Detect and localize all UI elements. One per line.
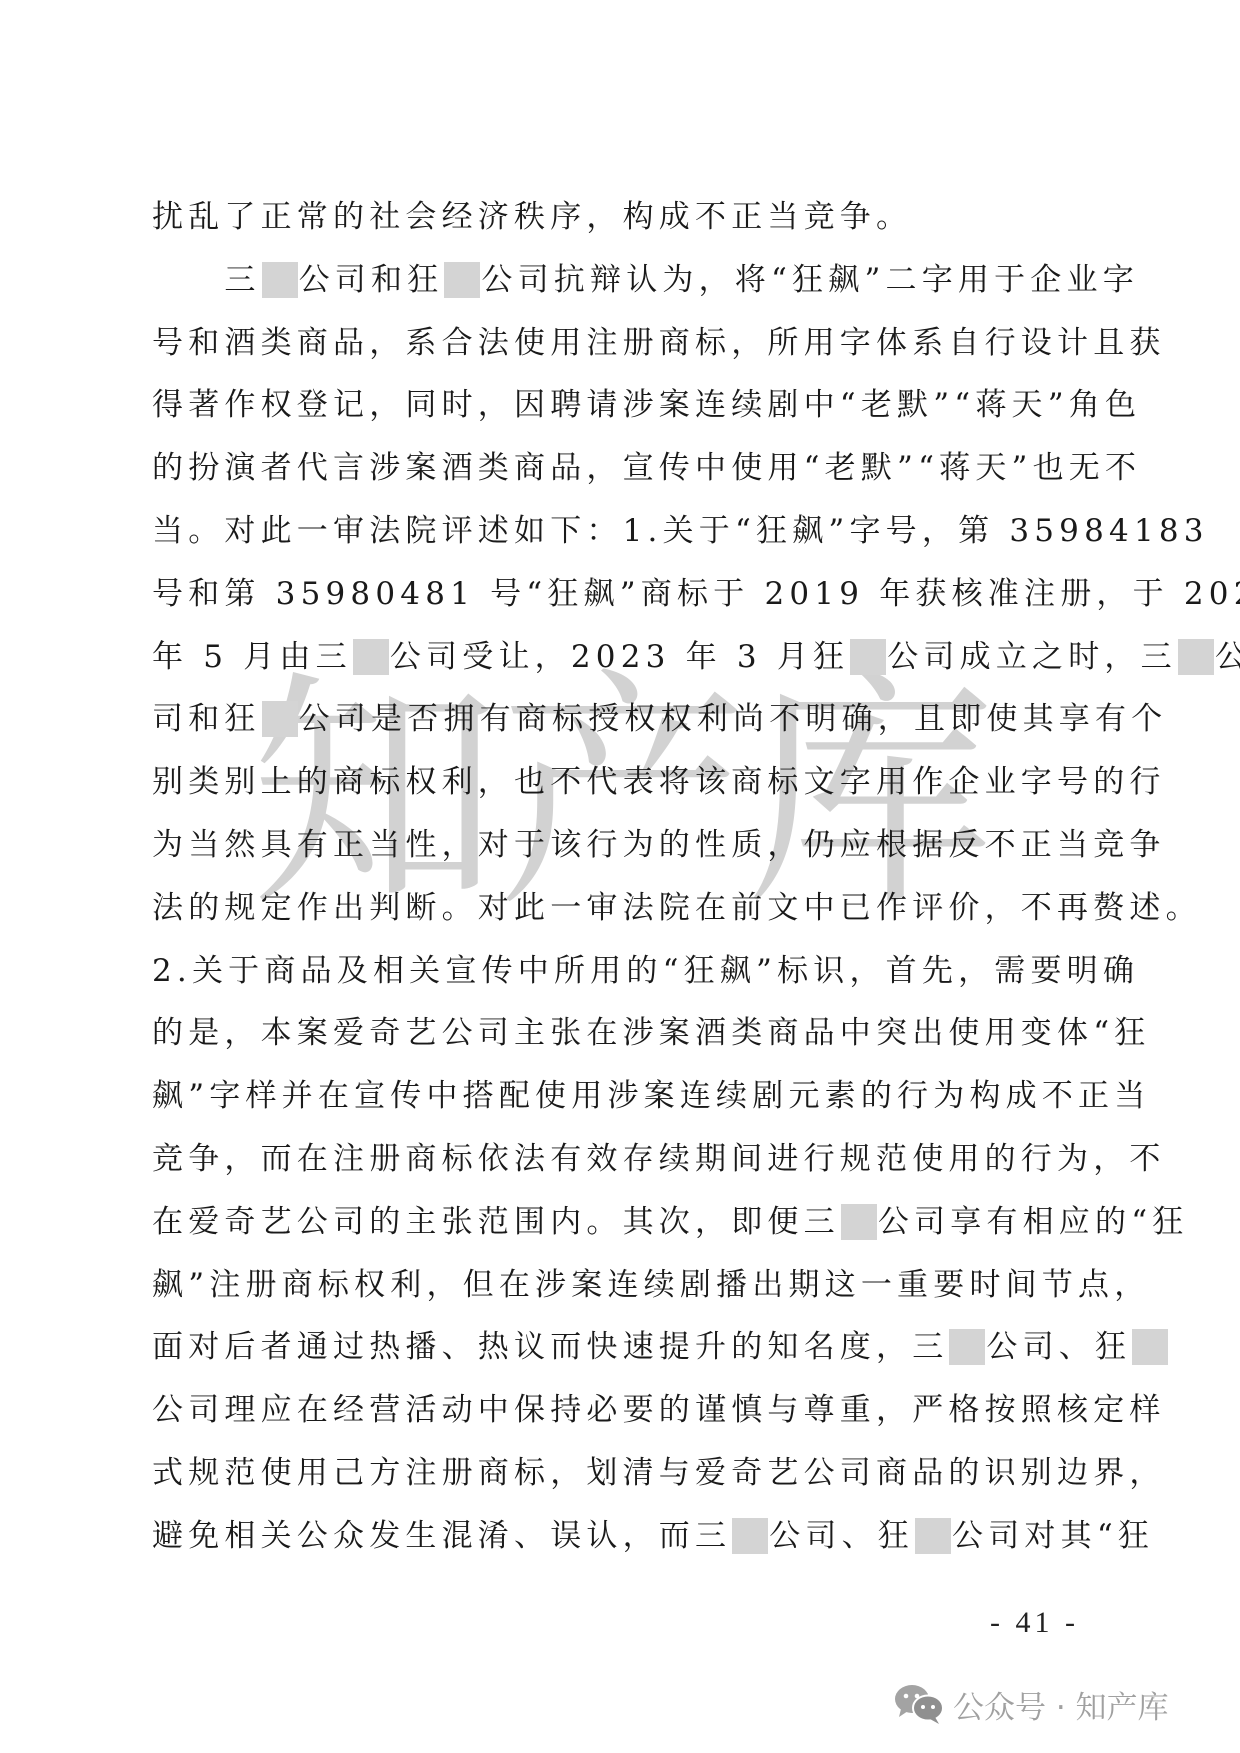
redaction-block [915,1518,951,1554]
text-line: 得著作权登记，同时，因聘请涉案连续剧中“老默”“蒋天”角色 [152,385,1141,425]
text-line: 当。对此一审法院评述如下：1.关于“狂飙”字号，第 35984183 [152,511,1209,551]
wechat-icon [893,1682,945,1726]
text-line: 式规范使用己方注册商标，划清与爱奇艺公司商品的识别边界， [152,1453,1166,1493]
text-segment: 公司是否拥有商标授权权利尚不明确，且即使其享有个 [299,699,1168,739]
text-segment: 公司成立之时，三 [887,637,1177,677]
redaction-block [850,639,886,675]
text-segment: 得著作权登记，同时，因聘请涉案连续剧中“老默”“蒋天”角色 [152,385,1141,425]
text-line: 号和酒类商品，系合法使用注册商标，所用字体系自行设计且获 [152,323,1166,363]
redaction-block [732,1518,768,1554]
text-line: 的是，本案爱奇艺公司主张在涉案酒类商品中突出使用变体“狂 [152,1013,1150,1053]
text-segment: 在爱奇艺公司的主张范围内。其次，即便三 [152,1202,840,1242]
text-line: 别类别上的商标权利，也不代表将该商标文字用作企业字号的行 [152,762,1166,802]
text-segment: 公司和狂 [299,260,444,300]
text-line: 号和第 35980481 号“狂飙”商标于 2019 年获核准注册，于 2023 [152,574,1240,614]
text-line: 面对后者通过热播、热议而快速提升的知名度，三公司、狂 [152,1327,1169,1367]
text-segment: 号和第 35980481 号“狂飙”商标于 2019 年获核准注册，于 2023 [152,574,1240,614]
redaction-block [1132,1329,1168,1365]
text-line: 飙”注册商标权利，但在涉案连续剧播出期这一重要时间节点， [152,1265,1150,1305]
redaction-block [262,701,298,737]
text-segment: 公司受让，2023 年 3 月狂 [390,637,849,677]
text-segment: 的是，本案爱奇艺公司主张在涉案酒类商品中突出使用变体“狂 [152,1013,1150,1053]
text-segment: 面对后者通过热播、热议而快速提升的知名度，三 [152,1327,948,1367]
text-segment: 飙”字样并在宣传中搭配使用涉案连续剧元素的行为构成不正当 [152,1076,1150,1116]
text-segment: 公 [1215,637,1240,677]
text-line: 公司理应在经营活动中保持必要的谨慎与尊重，严格按照核定样 [152,1390,1166,1430]
text-segment: 公司抗辩认为，将“狂飙”二字用于企业字 [481,260,1139,300]
text-segment: 飙”注册商标权利，但在涉案连续剧播出期这一重要时间节点， [152,1265,1150,1305]
redaction-block [262,262,298,298]
document-page: 知 产 库 扰乱了正常的社会经济秩序，构成不正当竞争。三公司和狂公司抗辩认为，将… [0,0,1240,1753]
text-line: 在爱奇艺公司的主张范围内。其次，即便三公司享有相应的“狂 [152,1202,1188,1242]
text-line: 2.关于商品及相关宣传中所用的“狂飙”标识，首先，需要明确 [152,951,1139,991]
text-line: 三公司和狂公司抗辩认为，将“狂飙”二字用于企业字 [224,260,1139,300]
redaction-block [841,1204,877,1240]
text-line: 竞争，而在注册商标依法有效存续期间进行规范使用的行为，不 [152,1139,1166,1179]
text-line: 飙”字样并在宣传中搭配使用涉案连续剧元素的行为构成不正当 [152,1076,1150,1116]
text-segment: 号和酒类商品，系合法使用注册商标，所用字体系自行设计且获 [152,323,1166,363]
text-segment: 2.关于商品及相关宣传中所用的“狂飙”标识，首先，需要明确 [152,951,1139,991]
text-line: 司和狂公司是否拥有商标授权权利尚不明确，且即使其享有个 [152,699,1167,739]
text-segment: 竞争，而在注册商标依法有效存续期间进行规范使用的行为，不 [152,1139,1166,1179]
wechat-account-label: 公众号 · 知产库 [893,1682,1169,1726]
text-segment: 为当然具有正当性，对于该行为的性质，仍应根据反不正当竞争 [152,825,1166,865]
text-line: 避免相关公众发生混淆、误认，而三公司、狂公司对其“狂 [152,1516,1154,1556]
text-line: 为当然具有正当性，对于该行为的性质，仍应根据反不正当竞争 [152,825,1166,865]
text-segment: 三 [224,260,260,300]
page-number: - 41 - [990,1606,1079,1640]
text-segment: 公司享有相应的“狂 [878,1202,1189,1242]
text-segment: 避免相关公众发生混淆、误认，而三 [152,1516,731,1556]
text-segment: 别类别上的商标权利，也不代表将该商标文字用作企业字号的行 [152,762,1166,802]
text-segment: 的扮演者代言涉案酒类商品，宣传中使用“老默”“蒋天”也无不 [152,448,1141,488]
text-segment: 年 5 月由三 [152,637,352,677]
text-segment: 公司、狂 [769,1516,914,1556]
text-segment: 公司理应在经营活动中保持必要的谨慎与尊重，严格按照核定样 [152,1390,1166,1430]
text-line: 法的规定作出判断。对此一审法院在前文中已作评价，不再赘述。 [152,888,1202,928]
text-segment: 公司、狂 [986,1327,1131,1367]
text-line: 扰乱了正常的社会经济秩序，构成不正当竞争。 [152,197,912,237]
text-segment: 式规范使用己方注册商标，划清与爱奇艺公司商品的识别边界， [152,1453,1166,1493]
text-line: 年 5 月由三公司受让，2023 年 3 月狂公司成立之时，三公 [152,637,1240,677]
text-segment: 当。对此一审法院评述如下：1.关于“狂飙”字号，第 35984183 [152,511,1209,551]
redaction-block [353,639,389,675]
text-line: 的扮演者代言涉案酒类商品，宣传中使用“老默”“蒋天”也无不 [152,448,1141,488]
redaction-block [444,262,480,298]
wechat-account-text: 公众号 · 知产库 [953,1682,1169,1727]
text-segment: 扰乱了正常的社会经济秩序，构成不正当竞争。 [152,197,912,237]
redaction-block [949,1329,985,1365]
redaction-block [1178,639,1214,675]
text-segment: 公司对其“狂 [952,1516,1154,1556]
text-segment: 法的规定作出判断。对此一审法院在前文中已作评价，不再赘述。 [152,888,1202,928]
text-segment: 司和狂 [152,699,261,739]
